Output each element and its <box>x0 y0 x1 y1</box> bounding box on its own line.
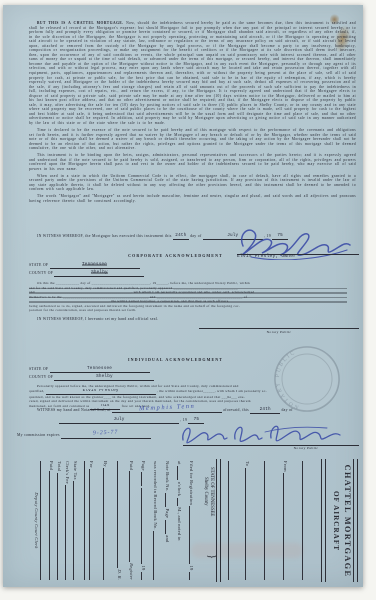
backer-notebook-line: Note Book No.Pageand <box>165 461 170 580</box>
commission-line: My commission expires 9-25-77 <box>17 433 151 439</box>
blank-rule <box>228 461 230 580</box>
ind-county-line: COUNTY OF Shelby <box>29 375 154 381</box>
corporate-ack-heading: CORPORATE ACKNOWLEDGMENT <box>3 253 348 258</box>
backer-state-block: STATE OF TENNESSEE Shelby County } <box>203 467 214 577</box>
corporate-ack-body: On this the ____________ day of ________… <box>29 281 357 313</box>
fee-row: State Tax <box>73 461 78 580</box>
backer-from-line: From <box>283 461 288 580</box>
backer-page-line: Page19 <box>141 461 146 580</box>
fee-row: Total <box>57 461 62 580</box>
fee-row: Paid <box>49 461 54 580</box>
section-rule <box>84 461 86 580</box>
backer-to-line: To <box>245 461 250 580</box>
paragraph-default-clause: BUT THIS IS A CHATTEL MORTGAGE. Now, sho… <box>29 21 356 126</box>
typed-his: his <box>101 404 109 408</box>
handwritten-place: Memphis Tenn <box>139 405 195 410</box>
individual-ack-heading: INDIVIDUAL ACKNOWLEDGMENT <box>3 357 348 362</box>
scanned-document-paper: BUT THIS IS A CHATTEL MORTGAGE. Now, sho… <box>3 5 363 587</box>
typed-elvis-name: Elvis Presley <box>83 389 119 393</box>
blank-rule <box>302 461 304 580</box>
backer-for-line: For <box>89 461 94 580</box>
backer-dr-line: D. R. <box>117 461 122 580</box>
backer-by-line: By <box>103 461 108 580</box>
handwritten-commission-date: 9-25-77 <box>93 431 118 435</box>
backer-oclock-line: ato'clockM., and noted in <box>177 461 182 580</box>
paragraph-lead: BUT THIS IS A CHATTEL MORTGAGE. <box>37 21 124 25</box>
backer-paid-line: PaidRegister <box>129 461 134 580</box>
ind-state-line: STATE OF Tennessee <box>29 367 150 373</box>
typed-day2: 24th <box>260 407 271 412</box>
typed-state-struck: Tennessee <box>82 262 107 267</box>
double-rule <box>353 459 358 582</box>
paragraph-definitions: The words "Mortgagor" and "Mortgagee" as… <box>29 194 356 203</box>
backer-recorded-line: was recorded in Record Book No. <box>153 461 158 580</box>
paragraph-binding-heirs: This instrument is to be binding upon th… <box>29 153 356 171</box>
fee-row: Clerk's Fee <box>65 461 70 580</box>
typed-month2: July <box>113 417 124 422</box>
ind-notary-label: Notary Public <box>253 446 359 450</box>
blank-rule <box>264 461 266 580</box>
typed-day: 24th <box>175 233 186 238</box>
corp-line: poration for the consideration, uses and… <box>29 308 357 313</box>
double-rule <box>321 459 326 582</box>
place-blank: Memphis Tenn <box>112 408 222 413</box>
clerk-signature-rule <box>40 461 42 580</box>
backer-title-line2: OF AIRCRAFT <box>332 457 340 585</box>
brace-glyph: } <box>208 554 214 559</box>
corp-notary-label: Notary Public <box>199 330 359 334</box>
corp-witness-line: IN WITNESS WHEREOF, I hereunto set my ha… <box>29 317 158 321</box>
paragraph-time-essence: Time is declared to be the essence of th… <box>29 128 356 151</box>
backer-filed-line: Filed for Registration19 <box>189 461 194 580</box>
typed-state: Tennessee <box>87 366 112 371</box>
backer-title-line1: CHATTEL MORTGAGE <box>343 457 352 585</box>
backer-clerk-label: Deputy County Court Clerk <box>34 461 39 580</box>
corp-county-line: COUNTY OF Shelby <box>29 271 144 277</box>
corp-state-line: STATE OF Tennessee <box>29 263 140 269</box>
mortgage-body-text: BUT THIS IS A CHATTEL MORTGAGE. Now, sho… <box>29 21 356 233</box>
day-blank: 24th <box>173 235 189 240</box>
filing-backer-anchor: CHATTEL MORTGAGE OF AIRCRAFT From To STA… <box>360 457 361 458</box>
filing-backer: CHATTEL MORTGAGE OF AIRCRAFT From To STA… <box>26 457 360 585</box>
corp-notary-signature-line <box>199 327 359 329</box>
paragraph-ucc: When used in a state in which the Unifor… <box>29 174 356 192</box>
ind-witness-line: WITNESS my hand and Notarial Seal, at Me… <box>29 408 293 414</box>
typed-county: Shelby <box>96 374 113 379</box>
double-rule <box>216 459 221 582</box>
typed-county-struck: Shelby <box>91 270 108 275</box>
